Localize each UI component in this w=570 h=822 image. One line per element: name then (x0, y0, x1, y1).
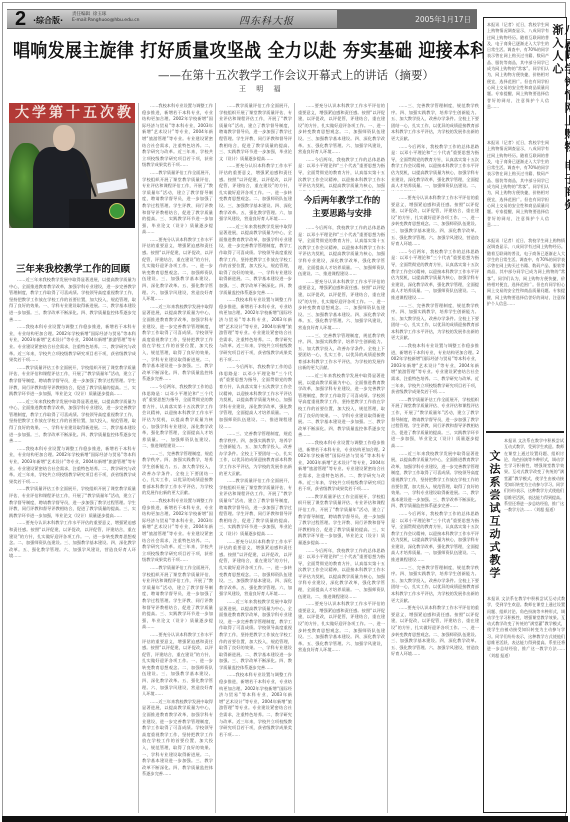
paragraph: ……要充分认识本科教学工作水平评估的重要意义，增强紧迫感和责任感。按照“以评促建… (219, 539, 292, 598)
paragraph: ……三、完善教学管理制度，规范教学秩序。四、加强实践教学，培养学生创新能力。五、… (219, 431, 292, 477)
paragraph: ……今后两年，我校教学工作的总体思路是：以邓小平理论和“三个代表”重要思想为指导… (298, 548, 385, 601)
speaker-head (53, 125, 75, 151)
article-column-4-top: ……要充分认识本科教学工作水平评估的重要意义，增强紧迫感和责任感。按照“以评促建… (298, 103, 385, 191)
paragraph: ……三、完善教学管理制度，规范教学秩序。四、加强实践教学，培养学生创新能力。五、… (391, 565, 479, 605)
sidebar-divider (486, 431, 564, 433)
school-emblem-icon (109, 203, 125, 219)
headline: 唱响发展主旋律 打好质量攻坚战 全力以赴 夯实基础 迎接本科教学水平评估 (13, 37, 445, 63)
issue-date: 2005年1月17日 (415, 14, 471, 25)
paragraph: ……今后两年，我校教学工作的总体思路是：以邓小平理论和“三个代表”重要思想为指导… (298, 157, 385, 191)
paragraph: ……近三年来我校教学发展中取得显著进展，以提高教学质量为中心，全面推进教育教学改… (9, 399, 136, 445)
paragraph: ……今后两年，我校教学工作的总体思路是：以邓小平理论和“三个代表”重要思想为指导… (142, 384, 213, 450)
section-name: ·综合版· (33, 15, 63, 26)
sidebar-story-2-title: 文法系尝试互动式教学 (488, 450, 500, 590)
paragraph: ……要充分认识本科教学工作水平评估的重要意义，增强紧迫感和责任感。按照“以评促建… (391, 195, 479, 248)
paragraph: ……要充分认识本科教学工作水平评估的重要意义，增强紧迫感和责任感。按照“以评促建… (142, 237, 213, 303)
paragraph: ……教学质量评估工作全面展开，学校组织开展了课堂教学质量评估、专业评估和课程评估… (142, 565, 213, 631)
section-heading-plan: 今后两年教学工作的 主要思路与安排 (298, 195, 386, 221)
paragraph: ……要充分认识本科教学工作水平评估的重要意义，增强紧迫感和责任感。按照“以评促建… (142, 632, 213, 698)
paragraph: ……要充分认识本科教学工作水平评估的重要意义，增强紧迫感和责任感。按照“以评促建… (298, 601, 385, 654)
paragraph: ……近三年来我校教学发展中取得显著进展，以提高教学质量为中心，全面推进教育教学改… (142, 304, 213, 383)
sidebar-story-1-title: 八成同学钟情网上购物 电子商务渐入人心 (551, 24, 570, 224)
paragraph: ……近三年来我校教学发展中取得显著进展，以提高教学质量为中心，全面推进教育教学改… (9, 277, 136, 323)
paragraph: ……教学质量评估工作全面展开，学校组织开展了课堂教学质量评估、专业评估和课程评估… (9, 365, 136, 398)
sidebar-story-1-body-bottom: 本报讯（记者）近日，我校学生网上购物情况调查显示，八成同学有过网上购物经历。随着… (487, 238, 565, 428)
page-bottom-border (2, 816, 568, 822)
paragraph: ……教学质量评估工作全面展开，学校组织开展了课堂教学质量评估、专业评估和课程评估… (391, 397, 479, 450)
sidebar-story-2-body-bottom: 本报讯 文法系在教学中积极尝试互动式教学，受到学生欢迎。教师在课堂上通过设置问题… (487, 596, 565, 808)
paragraph: ……今后两年，我校教学工作的总体思路是：以邓小平理论和“三个代表”重要思想为指导… (298, 225, 385, 278)
paragraph: ……近三年来我校教学发展中取得显著进展，以提高教学质量为中心，全面推进教育教学改… (219, 599, 292, 672)
article-column-2: ……我校本科专业设置与调整工作稳步推进，新增若干本科专业，专业结构更加合理。20… (142, 103, 213, 813)
article-column-5: ……要充分认识本科教学工作水平评估的重要意义，增强紧迫感和责任感。按照“以评促建… (391, 195, 479, 813)
paragraph: ……近三年来我校教学发展中取得显著进展，以提高教学质量为中心，全面推进教育教学改… (391, 451, 479, 510)
paragraph: ……要充分认识本科教学工作水平评估的重要意义，增强紧迫感和责任感。按照“以评促建… (219, 163, 292, 222)
paragraph: ……教学质量评估工作全面展开，学校组织开展了课堂教学质量评估、专业评估和课程评估… (219, 478, 292, 537)
section-heading-review: 三年来我校教学工作的回顾 (9, 261, 137, 275)
podium-shape (69, 199, 135, 228)
paragraph: ……我校本科专业设置与调整工作稳步推进，新增若干本科专业，专业结构更加合理。20… (219, 672, 292, 738)
paragraph: ……要充分认识本科教学工作水平评估的重要意义，增强紧迫感和责任感。按照“以评促建… (391, 605, 479, 658)
paragraph: ……我校本科专业设置与调整工作稳步推进，新增若干本科专业，专业结构更加合理。20… (298, 440, 385, 493)
subtitle: ——在第十五次教学工作会议开幕式上的讲话（摘要） (158, 67, 434, 83)
paragraph: ……三、完善教学管理制度，规范教学秩序。四、加强实践教学，培养学生创新能力。五、… (142, 451, 213, 497)
paragraph: ……我校本科专业设置与调整工作稳步推进，新增若干本科专业，专业结构更加合理。20… (142, 103, 213, 169)
byline: 王 明 福 (239, 84, 284, 94)
paragraph: ……要充分认识本科教学工作水平评估的重要意义，增强紧迫感和责任感。按照“以评促建… (9, 520, 136, 560)
article-column-4: ……今后两年，我校教学工作的总体思路是：以邓小平理论和“三个代表”重要思想为指导… (298, 225, 385, 813)
paragraph: ……近三年来我校教学发展中取得显著进展，以提高教学质量为中心，全面推进教育教学改… (142, 699, 213, 778)
paragraph: ……近三年来我校教学发展中取得显著进展，以提高教学质量为中心，全面推进教育教学改… (298, 373, 385, 439)
paragraph: ……今后两年，我校教学工作的总体思路是：以邓小平理论和“三个代表”重要思想为指导… (391, 144, 479, 191)
article-column-1: ……近三年来我校教学发展中取得显著进展，以提高教学质量为中心，全面推进教育教学改… (9, 277, 136, 813)
photo-banner: 大学第十五次教 (9, 103, 135, 123)
page-header: 2 ·综合版· 责任编辑 徐玉琢 E-mail:Panghuoo@hbu.edu… (7, 9, 477, 29)
paragraph: ……教学质量评估工作全面展开，学校组织开展了课堂教学质量评估、专业评估和课程评估… (298, 494, 385, 547)
article-column-5-top: ……三、完善教学管理制度，规范教学秩序。四、加强实践教学，培养学生创新能力。五、… (391, 103, 479, 191)
paragraph: ……三、完善教学管理制度，规范教学秩序。四、加强实践教学，培养学生创新能力。五、… (298, 333, 385, 373)
article-photo: 大学第十五次教 (9, 103, 135, 228)
paragraph: ……要充分认识本科教学工作水平评估的重要意义，增强紧迫感和责任感。按照“以评促建… (298, 279, 385, 332)
paragraph: ……教学质量评估工作全面展开，学校组织开展了课堂教学质量评估、专业评估和课程评估… (9, 486, 136, 519)
paragraph: ……我校本科专业设置与调整工作稳步推进，新增若干本科专业，专业结构更加合理。20… (391, 343, 479, 396)
sidebar-story-1-body-top: 本报讯（记者）近日，我校学生网上购物情况调查显示，八成同学有过网上购物经历。随着… (487, 22, 549, 138)
column-divider (138, 103, 139, 813)
sidebar-story-1-body-mid: 本报讯（记者）近日，我校学生网上购物情况调查显示，八成同学有过网上购物经历。随着… (487, 140, 549, 236)
page-number: 2 (15, 8, 26, 31)
newspaper-page: 2 ·综合版· 责任编辑 徐玉琢 E-mail:Panghuoo@hbu.edu… (2, 2, 566, 820)
date-band: 2005年1月17日 (337, 10, 477, 28)
paragraph: ……三、完善教学管理制度，规范教学秩序。四、加强实践教学，培养学生创新能力。五、… (391, 303, 479, 343)
paragraph: ……教学质量评估工作全面展开，学校组织开展了课堂教学质量评估、专业评估和课程评估… (142, 170, 213, 236)
article-column-3: ……教学质量评估工作全面展开，学校组织开展了课堂教学质量评估、专业评估和课程评估… (219, 103, 292, 813)
sidebar-briefs: 本报讯（记者）近日，我校学生网上购物情况调查显示，八成同学有过网上购物经历。随着… (483, 17, 567, 813)
paragraph: ……我校本科专业设置与调整工作稳步推进，新增若干本科专业，专业结构更加合理。20… (9, 324, 136, 364)
paragraph: ……要充分认识本科教学工作水平评估的重要意义，增强紧迫感和责任感。按照“以评促建… (298, 103, 385, 156)
paragraph: ……我校本科专业设置与调整工作稳步推进，新增若干本科专业，专业结构更加合理。20… (9, 446, 136, 486)
masthead-logo: 四东科大报 (239, 12, 294, 27)
paragraph: ……近三年来我校教学发展中取得显著进展，以提高教学质量为中心，全面推进教育教学改… (219, 224, 292, 297)
paragraph: ……我校本科专业设置与调整工作稳步推进，新增若干本科专业，专业结构更加合理。20… (142, 498, 213, 564)
column-divider (294, 103, 295, 813)
paragraph: ……我校本科专业设置与调整工作稳步推进，新增若干本科专业，专业结构更加合理。20… (219, 297, 292, 363)
sidebar-story-2-body-top: 本报讯 文法系在教学中积极尝试互动式教学，受到学生欢迎。教师在课堂上通过设置问题… (504, 438, 564, 593)
paragraph: ……三、完善教学管理制度，规范教学秩序。四、加强实践教学，培养学生创新能力。五、… (391, 103, 479, 143)
column-divider (215, 103, 216, 813)
paragraph: ……今后两年，我校教学工作的总体思路是：以邓小平理论和“三个代表”重要思想为指导… (391, 249, 479, 302)
paragraph: ……教学质量评估工作全面展开，学校组织开展了课堂教学质量评估、专业评估和课程评估… (219, 103, 292, 162)
column-divider (387, 103, 388, 813)
paragraph: ……今后两年，我校教学工作的总体思路是：以邓小平理论和“三个代表”重要思想为指导… (219, 364, 292, 430)
editor-info: 责任编辑 徐玉琢 E-mail:Panghuoo@hbu.edu.cn (72, 12, 140, 24)
paragraph: ……今后两年，我校教学工作的总体思路是：以邓小平理论和“三个代表”重要思想为指导… (391, 511, 479, 564)
